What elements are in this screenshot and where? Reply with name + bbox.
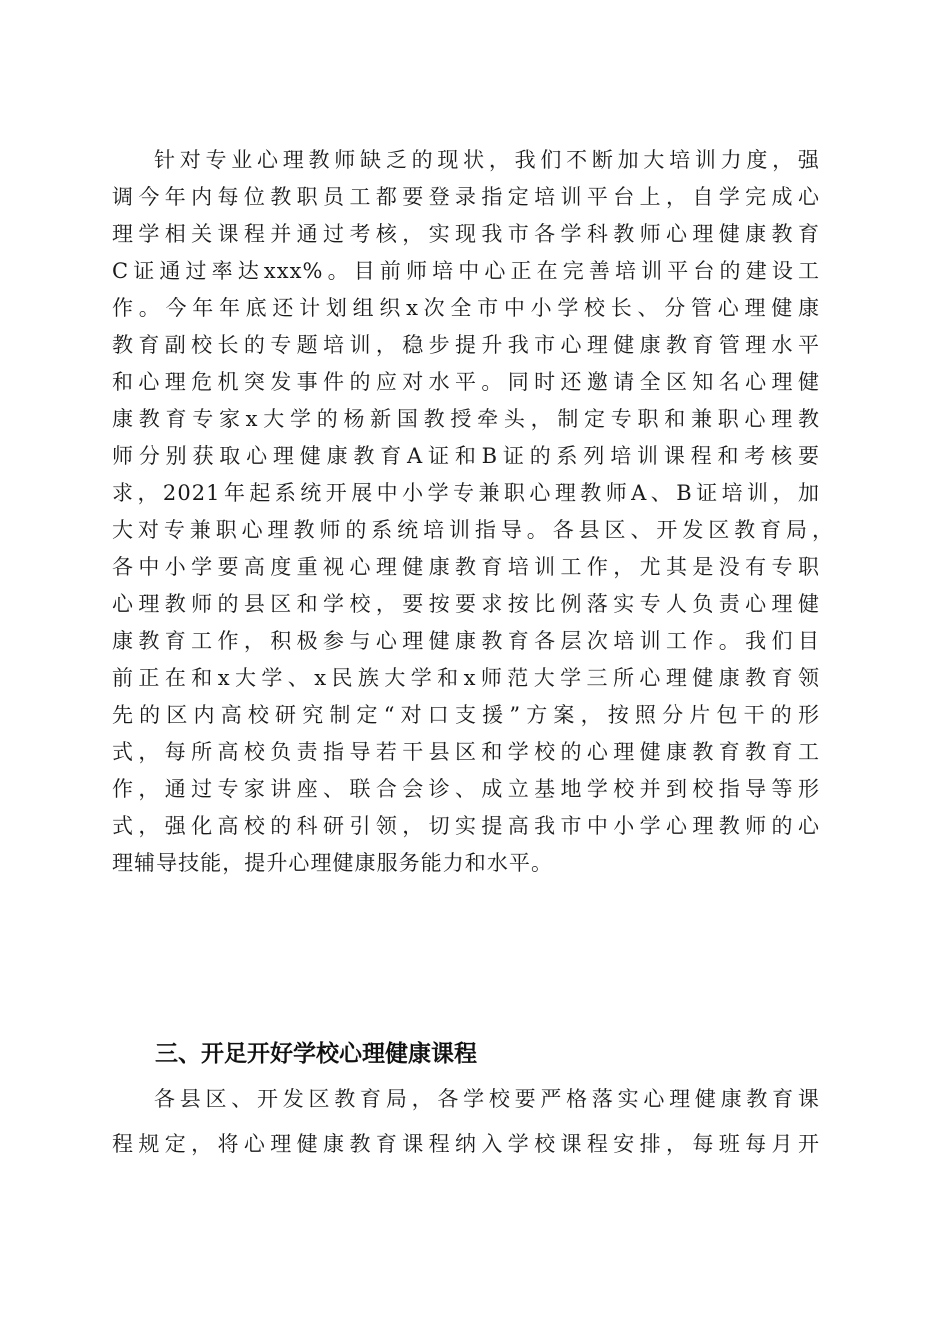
text-line: 式，强化高校的科研引领，切实提高我市中小学心理教师的心	[112, 808, 820, 845]
text-line: 理学相关课程并通过考核，实现我市各学科教师心理健康教育	[112, 216, 820, 253]
text-line: 针对专业心理教师缺乏的现状，我们不断加大培训力度，强	[154, 142, 820, 179]
text-line: 和心理危机突发事件的应对水平。同时还邀请全区知名心理健	[112, 364, 820, 401]
text-line: 作，通过专家讲座、联合会诊、成立基地学校并到校指导等形	[112, 771, 820, 808]
text-line: 作。今年年底还计划组织x次全市中小学校长、分管心理健康	[112, 290, 820, 327]
text-line: 康教育工作，积极参与心理健康教育各层次培训工作。我们目	[112, 623, 820, 660]
text-line: 各中小学要高度重视心理健康教育培训工作，尤其是没有专职	[112, 549, 820, 586]
text-line: 师分别获取心理健康教育A证和B证的系列培训课程和考核要	[112, 438, 820, 475]
text-line: 各县区、开发区教育局，各学校要严格落实心理健康教育课	[154, 1081, 820, 1118]
text-line: 心理教师的县区和学校，要按要求按比例落实专人负责心理健	[112, 586, 820, 623]
text-line: 程规定，将心理健康教育课程纳入学校课程安排，每班每月开	[112, 1126, 820, 1163]
text-line: 先的区内高校研究制定“对口支援”方案，按照分片包干的形	[112, 697, 820, 734]
text-line: 康教育专家x大学的杨新国教授牵头，制定专职和兼职心理教	[112, 401, 820, 438]
document-page: 针对专业心理教师缺乏的现状，我们不断加大培训力度，强 调今年内每位教职员工都要登…	[0, 0, 950, 1344]
text-line: 理辅导技能，提升心理健康服务能力和水平。	[112, 845, 820, 882]
text-line: C证通过率达xxx%。目前师培中心正在完善培训平台的建设工	[112, 253, 820, 290]
text-line: 求，2021年起系统开展中小学专兼职心理教师A、B证培训，加	[112, 475, 820, 512]
text-line: 调今年内每位教职员工都要登录指定培训平台上，自学完成心	[112, 179, 820, 216]
text-line: 前正在和x大学、x民族大学和x师范大学三所心理健康教育领	[112, 660, 820, 697]
text-line: 式，每所高校负责指导若干县区和学校的心理健康教育教育工	[112, 734, 820, 771]
section-heading: 三、开足开好学校心理健康课程	[155, 1036, 477, 1073]
text-line: 大对专兼职心理教师的系统培训指导。各县区、开发区教育局，	[112, 512, 834, 549]
text-line: 教育副校长的专题培训，稳步提升我市心理健康教育管理水平	[112, 327, 820, 364]
